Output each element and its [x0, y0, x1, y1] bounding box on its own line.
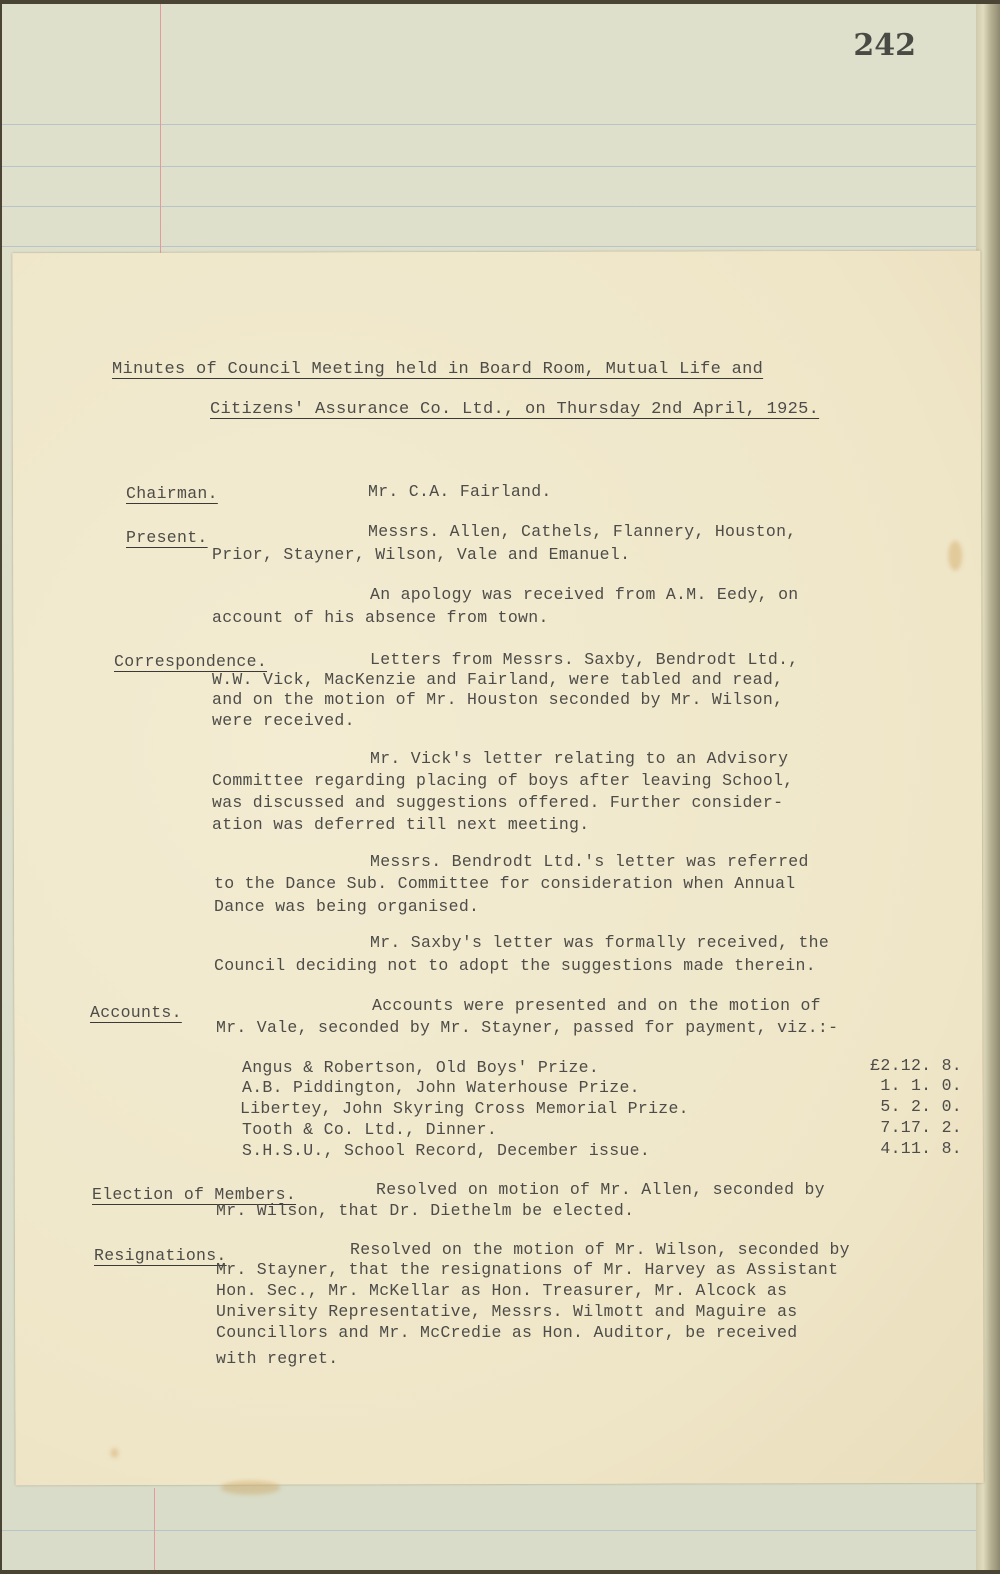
apology-line: account of his absence from town. [212, 608, 549, 627]
correspondence-line: Messrs. Bendrodt Ltd.'s letter was refer… [370, 852, 809, 871]
margin-line [154, 1488, 155, 1570]
ruled-line [2, 124, 976, 125]
account-payee: Angus & Robertson, Old Boys' Prize. [242, 1058, 599, 1077]
title-line-1: Minutes of Council Meeting held in Board… [112, 360, 763, 379]
correspondence-line: to the Dance Sub. Committee for consider… [214, 874, 796, 893]
resignations-heading: Resignations. [94, 1246, 227, 1265]
account-amount: 7.17. 2. [822, 1118, 962, 1137]
account-payee: A.B. Piddington, John Waterhouse Prize. [242, 1078, 640, 1097]
resignations-line: with regret. [216, 1349, 338, 1368]
correspondence-line: and on the motion of Mr. Houston seconde… [212, 690, 783, 709]
ruled-line [2, 1530, 976, 1531]
correspondence-line: Council deciding not to adopt the sugges… [214, 956, 816, 975]
apology-line: An apology was received from A.M. Eedy, … [370, 585, 798, 604]
account-amount: 1. 1. 0. [822, 1076, 962, 1095]
accounts-line: Accounts were presented and on the motio… [372, 996, 821, 1015]
correspondence-heading: Correspondence. [114, 652, 267, 671]
accounts-heading: Accounts. [90, 1003, 182, 1022]
resignations-line: Councillors and Mr. McCredie as Hon. Aud… [216, 1323, 798, 1342]
account-amount: £2.12. 8. [822, 1056, 962, 1075]
present-heading: Present. [126, 528, 208, 547]
election-line: Mr. Wilson, that Dr. Diethelm be elected… [216, 1201, 634, 1220]
account-amount: 4.11. 8. [822, 1139, 962, 1158]
account-payee: Tooth & Co. Ltd., Dinner. [242, 1120, 497, 1139]
election-line: Resolved on motion of Mr. Allen, seconde… [376, 1180, 825, 1199]
correspondence-line: W.W. Vick, MacKenzie and Fairland, were … [212, 670, 783, 689]
correspondence-line: Mr. Saxby's letter was formally received… [370, 933, 829, 952]
accounts-line: Mr. Vale, seconded by Mr. Stayner, passe… [216, 1018, 838, 1037]
account-payee: S.H.S.U., School Record, December issue. [242, 1141, 650, 1160]
margin-line [160, 4, 161, 254]
stain [948, 541, 962, 571]
correspondence-line: Committee regarding placing of boys afte… [212, 771, 794, 790]
stain [221, 1481, 281, 1495]
title-line-2: Citizens' Assurance Co. Ltd., on Thursda… [210, 400, 819, 419]
account-payee: Libertey, John Skyring Cross Memorial Pr… [240, 1099, 689, 1118]
ruled-line [2, 166, 976, 167]
chairman-heading: Chairman. [126, 484, 218, 503]
correspondence-line: was discussed and suggestions offered. F… [212, 793, 783, 812]
ruled-line [2, 246, 976, 247]
resignations-line: University Representative, Messrs. Wilmo… [216, 1302, 798, 1321]
chairman-text: Mr. C.A. Fairland. [368, 482, 552, 501]
correspondence-line: Dance was being organised. [214, 897, 479, 916]
page-number: 242 [853, 28, 916, 63]
resignations-line: Hon. Sec., Mr. McKellar as Hon. Treasure… [216, 1281, 787, 1300]
correspondence-line: ation was deferred till next meeting. [212, 815, 589, 834]
ruled-line [2, 206, 976, 207]
present-line: Prior, Stayner, Wilson, Vale and Emanuel… [212, 545, 630, 564]
present-line: Messrs. Allen, Cathels, Flannery, Housto… [368, 522, 796, 541]
resignations-line: Resolved on the motion of Mr. Wilson, se… [350, 1240, 850, 1259]
correspondence-line: Letters from Messrs. Saxby, Bendrodt Ltd… [370, 650, 798, 669]
account-amount: 5. 2. 0. [822, 1097, 962, 1116]
resignations-line: Mr. Stayner, that the resignations of Mr… [216, 1260, 838, 1279]
correspondence-line: Mr. Vick's letter relating to an Advisor… [370, 749, 788, 768]
correspondence-line: were received. [212, 711, 355, 730]
stain [111, 1448, 119, 1458]
